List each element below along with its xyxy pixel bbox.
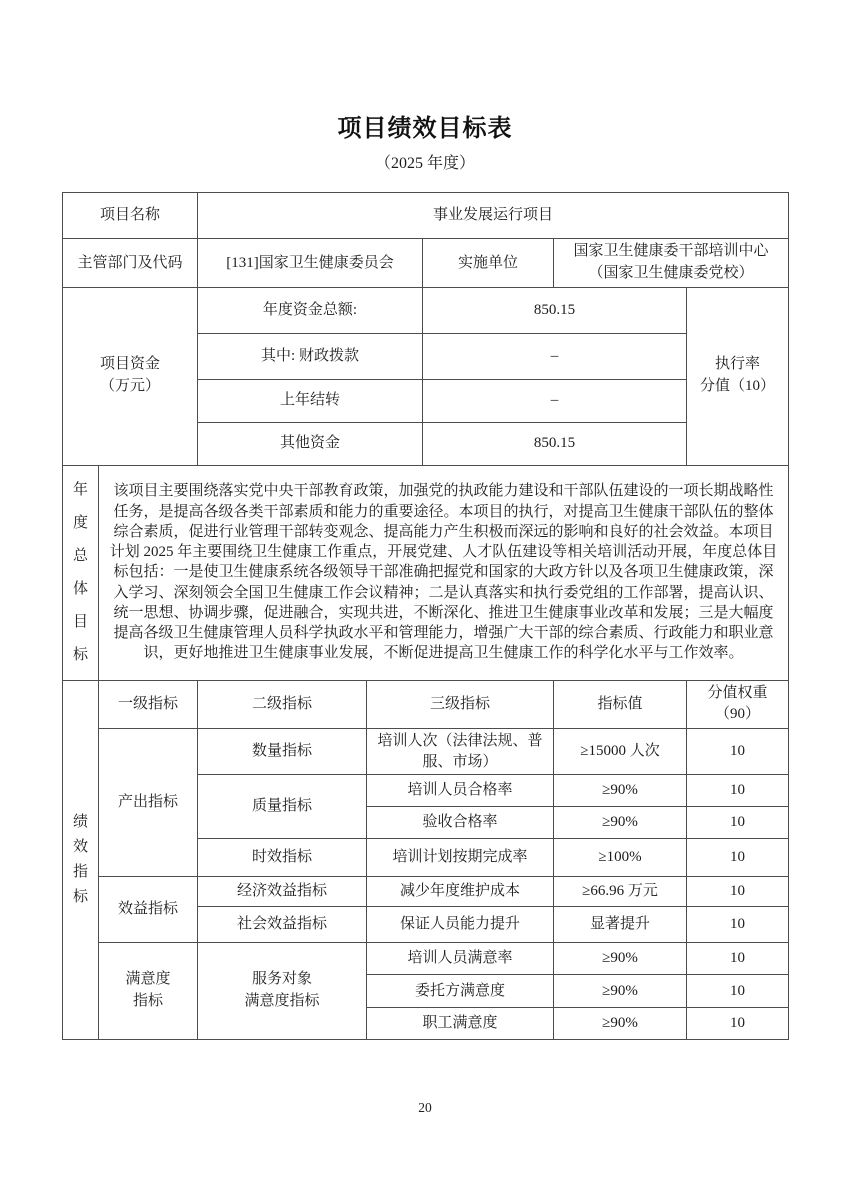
group-satisfaction-line2: 指标 (107, 991, 189, 1013)
header-value: 指标值 (554, 680, 687, 729)
impl-unit-value: 国家卫生健康委干部培训中心 （国家卫生健康委党校） (554, 239, 789, 288)
indicator-value: ≥90% (554, 975, 687, 1008)
indicator-value: ≥90% (554, 943, 687, 975)
group-service-line2: 满意度指标 (206, 991, 358, 1013)
group-service-line1: 服务对象 (206, 969, 358, 991)
funding-label-line2: （万元） (71, 376, 189, 398)
group-economic: 经济效益指标 (198, 877, 367, 907)
group-output: 产出指标 (99, 729, 198, 877)
funding-label: 项目资金 （万元） (63, 287, 198, 465)
table-row: 项目资金 （万元） 年度资金总额: 850.15 执行率 分值（10） (63, 287, 789, 333)
funding-label-line1: 项目资金 (71, 354, 189, 376)
indicator-weight: 10 (687, 1008, 789, 1040)
indicator-name: 减少年度维护成本 (367, 877, 554, 907)
funding-total-label: 年度资金总额: (198, 287, 423, 333)
indicator-weight: 10 (687, 729, 789, 775)
indicator-name: 培训人员满意率 (367, 943, 554, 975)
table-row: 项目名称 事业发展运行项目 (63, 193, 789, 239)
funding-other-label: 其他资金 (198, 422, 423, 465)
impl-unit-value-line1: 国家卫生健康委干部培训中心 (562, 241, 780, 263)
table-row: 主管部门及代码 [131]国家卫生健康委员会 实施单位 国家卫生健康委干部培训中… (63, 239, 789, 288)
indicator-value: ≥15000 人次 (554, 729, 687, 775)
header-weight: 分值权重 （90） (687, 680, 789, 729)
group-service-satisfaction: 服务对象 满意度指标 (198, 943, 367, 1040)
indicator-value: ≥90% (554, 1008, 687, 1040)
funding-carryover-value: – (423, 379, 687, 422)
header-weight-line1: 分值权重 (689, 683, 786, 705)
impl-unit-value-line2: （国家卫生健康委党校） (562, 263, 780, 285)
indicator-value: ≥66.96 万元 (554, 877, 687, 907)
document-page: 项目绩效目标表 （2025 年度） 项目名称 事业发展运行项目 主管部门及代码 … (0, 0, 850, 1202)
indicator-weight: 10 (687, 775, 789, 807)
page-number: 20 (0, 1100, 850, 1116)
funding-total-value: 850.15 (423, 287, 687, 333)
dept-label: 主管部门及代码 (63, 239, 198, 288)
indicator-weight: 10 (687, 943, 789, 975)
indicator-weight: 10 (687, 975, 789, 1008)
indicator-weight: 10 (687, 907, 789, 943)
indicator-value: ≥100% (554, 839, 687, 877)
dept-value: [131]国家卫生健康委员会 (198, 239, 423, 288)
header-level1: 一级指标 (99, 680, 198, 729)
project-name-value: 事业发展运行项目 (198, 193, 789, 239)
performance-target-table: 项目名称 事业发展运行项目 主管部门及代码 [131]国家卫生健康委员会 实施单… (62, 192, 789, 1040)
group-quality: 质量指标 (198, 775, 367, 839)
group-satisfaction-line1: 满意度 (107, 969, 189, 991)
performance-indicators-label: 绩效指标 (63, 680, 99, 1040)
project-name-label: 项目名称 (63, 193, 198, 239)
indicator-weight: 10 (687, 877, 789, 907)
execution-rate-score: 执行率 分值（10） (687, 287, 789, 465)
table-row: 产出指标 数量指标 培训人次（法律法规、普服、市场） ≥15000 人次 10 (63, 729, 789, 775)
header-level2: 二级指标 (198, 680, 367, 729)
annual-goal-label: 年度总体目标 (63, 465, 99, 680)
indicator-name: 职工满意度 (367, 1008, 554, 1040)
group-benefit: 效益指标 (99, 877, 198, 943)
table-row: 绩效指标 一级指标 二级指标 三级指标 指标值 分值权重 （90） (63, 680, 789, 729)
funding-other-value: 850.15 (423, 422, 687, 465)
indicator-name: 培训人次（法律法规、普服、市场） (367, 729, 554, 775)
funding-fiscal-label: 其中: 财政拨款 (198, 333, 423, 379)
annual-goal-text: 该项目主要围绕落实党中央干部教育政策，加强党的执政能力建设和干部队伍建设的一项长… (99, 465, 789, 680)
indicator-value: 显著提升 (554, 907, 687, 943)
indicator-name: 委托方满意度 (367, 975, 554, 1008)
funding-carryover-label: 上年结转 (198, 379, 423, 422)
header-level3: 三级指标 (367, 680, 554, 729)
group-quantity: 数量指标 (198, 729, 367, 775)
table-row: 效益指标 经济效益指标 减少年度维护成本 ≥66.96 万元 10 (63, 877, 789, 907)
group-timeliness: 时效指标 (198, 839, 367, 877)
indicator-name: 培训人员合格率 (367, 775, 554, 807)
header-weight-line2: （90） (689, 704, 786, 726)
execution-rate-line2: 分值（10） (695, 376, 780, 398)
indicator-name: 培训计划按期完成率 (367, 839, 554, 877)
execution-rate-line1: 执行率 (695, 354, 780, 376)
page-subtitle: （2025 年度） (0, 150, 850, 173)
indicator-value: ≥90% (554, 775, 687, 807)
group-social: 社会效益指标 (198, 907, 367, 943)
funding-fiscal-value: – (423, 333, 687, 379)
indicator-name: 保证人员能力提升 (367, 907, 554, 943)
table-row: 满意度 指标 服务对象 满意度指标 培训人员满意率 ≥90% 10 (63, 943, 789, 975)
indicator-name: 验收合格率 (367, 807, 554, 839)
indicator-value: ≥90% (554, 807, 687, 839)
indicator-weight: 10 (687, 807, 789, 839)
impl-unit-label: 实施单位 (423, 239, 554, 288)
page-title: 项目绩效目标表 (0, 108, 850, 143)
group-satisfaction: 满意度 指标 (99, 943, 198, 1040)
indicator-weight: 10 (687, 839, 789, 877)
table-row: 年度总体目标 该项目主要围绕落实党中央干部教育政策，加强党的执政能力建设和干部队… (63, 465, 789, 680)
